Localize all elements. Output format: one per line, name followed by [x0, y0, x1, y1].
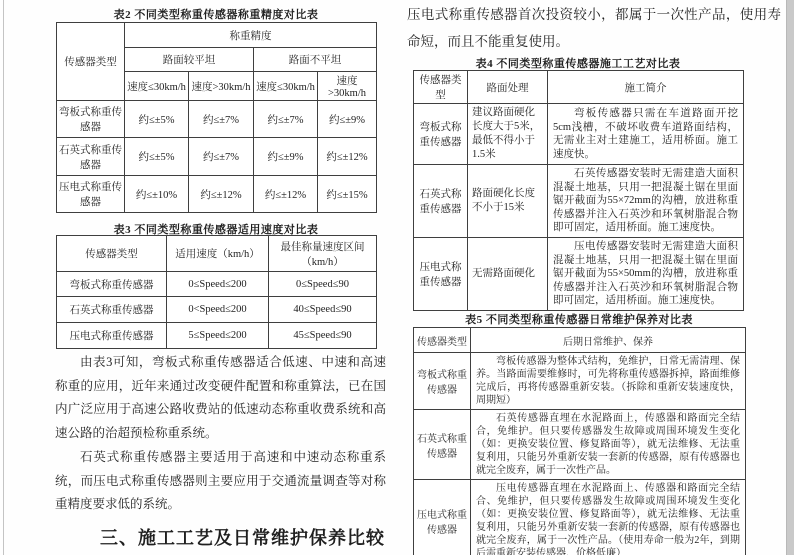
sensor-type-cell: 石英式称重传感器: [57, 297, 167, 323]
header-sensor-type: 传感器类型: [57, 236, 167, 272]
road-treatment-cell: 路面硬化长度不小于15米: [468, 165, 548, 238]
accuracy-cell: 约≤±9%: [254, 138, 318, 176]
sensor-type-cell: 石英式称重传感器: [57, 138, 125, 176]
scan-edge-right: [786, 0, 794, 555]
road-treatment-cell: 建议路面硬化长度大于5米，最低不得小于1.5米: [468, 104, 548, 165]
table5-title: 表5 不同类型称重传感器日常维护保养对比表: [413, 311, 745, 327]
paragraph: 由表3可知，弯板式称重传感器适合低速、中速和高速称重的应用，近年来通过改变硬件配…: [55, 351, 386, 446]
sensor-type-cell: 石英式称重传感器: [414, 410, 471, 480]
sensor-type-cell: 弯板式称重传感器: [57, 272, 167, 297]
sensor-type-cell: 压电式称重传感器: [57, 176, 125, 213]
header-flat-road: 路面较平坦: [125, 48, 254, 72]
header-sensor-type: 传感器类型: [57, 23, 125, 101]
sensor-type-cell: 压电式称重传感器: [414, 480, 471, 555]
header-accuracy: 称重精度: [125, 23, 377, 48]
table-header-row: 传感器类型 后期日常维护、保养: [414, 328, 746, 353]
table-row: 石英式称重传感器 约≤±5% 约≤±7% 约≤±9% 约≤±12%: [57, 138, 377, 176]
speed-comparison-table: 传感器类型 适用速度（km/h） 最佳称量速度区间（km/h） 弯板式称重传感器…: [56, 235, 377, 349]
table-header-row: 传感器类型 称重精度: [57, 23, 377, 48]
maintenance-desc-cell: 弯板传感器为整体式结构，免维护，日常无需清理、保养。当路面需要维修时，可先将称重…: [471, 353, 746, 410]
accuracy-cell: 约≤±7%: [189, 138, 254, 176]
sensor-type-cell: 弯板式称重传感器: [414, 104, 468, 165]
table-row: 弯板式称重传感器 约≤±5% 约≤±7% 约≤±7% 约≤±9%: [57, 101, 377, 138]
header-speed-gt30: 速度>30km/h: [318, 72, 377, 101]
section-heading: 三、施工工艺及日常维护保养比较: [100, 524, 385, 550]
table-row: 弯板式称重传感器 弯板传感器为整体式结构，免维护，日常无需清理、保养。当路面需要…: [414, 353, 746, 410]
accuracy-cell: 约≤±15%: [318, 176, 377, 213]
table-row: 石英式称重传感器 石英传感器直埋在水泥路面上，传感器和路面完全结合，免维护。但只…: [414, 410, 746, 480]
header-speed-le30: 速度≤30km/h: [125, 72, 189, 101]
scanned-document-page: 表2 不同类型称重传感器称重精度对比表 传感器类型 称重精度 路面较平坦 路面不…: [0, 0, 794, 555]
accuracy-comparison-table: 传感器类型 称重精度 路面较平坦 路面不平坦 速度≤30km/h 速度>30km…: [56, 22, 377, 213]
sensor-type-cell: 石英式称重传感器: [414, 165, 468, 238]
best-speed-cell: 0≤Speed≤90: [269, 272, 377, 297]
paragraph: 石英式称重传感器主要适用于高速和中速动态称重系统，而压电式称重传感器则主要应用于…: [55, 446, 386, 517]
construction-process-table: 传感器类型 路面处理 施工简介 弯板式称重传感器 建议路面硬化长度大于5米，最低…: [413, 70, 744, 311]
header-sensor-type: 传感器类型: [414, 328, 471, 353]
accuracy-cell: 约≤±7%: [254, 101, 318, 138]
accuracy-cell: 约≤±9%: [318, 101, 377, 138]
table-header-row: 传感器类型 适用速度（km/h） 最佳称量速度区间（km/h）: [57, 236, 377, 272]
header-road-treatment: 路面处理: [468, 71, 548, 104]
table-row: 石英式称重传感器 路面硬化长度不小于15米 石英传感器安装时无需建造大面积混凝土…: [414, 165, 744, 238]
best-speed-cell: 40≤Speed≤90: [269, 297, 377, 323]
accuracy-cell: 约≤±5%: [125, 101, 189, 138]
construction-desc-cell: 弯板传感器只需在车道路面开挖5cm浅槽，不破坏收费车道路面结构，无需业主对土建施…: [548, 104, 744, 165]
table-row: 弯板式称重传感器 建议路面硬化长度大于5米，最低不得小于1.5米 弯板传感器只需…: [414, 104, 744, 165]
maintenance-desc-cell: 石英传感器直埋在水泥路面上，传感器和路面完全结合，免维护。但只要传感器发生故障或…: [471, 410, 746, 480]
table-row: 弯板式称重传感器 0≤Speed≤200 0≤Speed≤90: [57, 272, 377, 297]
maintenance-comparison-table: 传感器类型 后期日常维护、保养 弯板式称重传感器 弯板传感器为整体式结构，免维护…: [413, 327, 746, 555]
speed-cell: 0≤Speed≤200: [167, 272, 269, 297]
header-speed-le30: 速度≤30km/h: [254, 72, 318, 101]
speed-cell: 5≤Speed≤200: [167, 323, 269, 349]
header-sensor-type: 传感器类型: [414, 71, 468, 104]
construction-desc-cell: 压电传感器安装时无需建造大面积混凝土地基，只用一把混凝土锯在里面锯开截面为55×…: [548, 238, 744, 311]
table-row: 压电式称重传感器 无需路面硬化 压电传感器安装时无需建造大面积混凝土地基，只用一…: [414, 238, 744, 311]
accuracy-cell: 约≤±10%: [125, 176, 189, 213]
table-row: 石英式称重传感器 0<Speed≤200 40≤Speed≤90: [57, 297, 377, 323]
best-speed-cell: 45≤Speed≤90: [269, 323, 377, 349]
header-construction-brief: 施工简介: [548, 71, 744, 104]
header-maintenance: 后期日常维护、保养: [471, 328, 746, 353]
scan-edge-left: [3, 0, 4, 555]
header-speed-gt30: 速度>30km/h: [189, 72, 254, 101]
sensor-type-cell: 弯板式称重传感器: [414, 353, 471, 410]
speed-cell: 0<Speed≤200: [167, 297, 269, 323]
sensor-type-cell: 压电式称重传感器: [57, 323, 167, 349]
road-treatment-cell: 无需路面硬化: [468, 238, 548, 311]
table2-title: 表2 不同类型称重传感器称重精度对比表: [55, 6, 377, 22]
accuracy-cell: 约≤±12%: [189, 176, 254, 213]
maintenance-desc-cell: 压电传感器直埋在水泥路面上、传感器和路面完全结合、免维护，但只要传感器发生故障或…: [471, 480, 746, 555]
table-row: 压电式称重传感器 压电传感器直埋在水泥路面上、传感器和路面完全结合、免维护，但只…: [414, 480, 746, 555]
accuracy-cell: 约≤±12%: [318, 138, 377, 176]
right-intro-paragraph: 压电式称重传感器首次投资较小，都属于一次性产品，使用寿命短，而且不能重复使用。: [407, 1, 781, 55]
sensor-type-cell: 弯板式称重传感器: [57, 101, 125, 138]
table-row: 压电式称重传感器 5≤Speed≤200 45≤Speed≤90: [57, 323, 377, 349]
header-uneven-road: 路面不平坦: [254, 48, 377, 72]
table-header-row: 传感器类型 路面处理 施工简介: [414, 71, 744, 104]
accuracy-cell: 约≤±12%: [254, 176, 318, 213]
sensor-type-cell: 压电式称重传感器: [414, 238, 468, 311]
accuracy-cell: 约≤±5%: [125, 138, 189, 176]
table4-title: 表4 不同类型称重传感器施工工艺对比表: [413, 55, 743, 71]
table-row: 压电式称重传感器 约≤±10% 约≤±12% 约≤±12% 约≤±15%: [57, 176, 377, 213]
header-best-speed-range: 最佳称量速度区间（km/h）: [269, 236, 377, 272]
body-paragraphs: 由表3可知，弯板式称重传感器适合低速、中速和高速称重的应用，近年来通过改变硬件配…: [55, 351, 386, 517]
header-applicable-speed: 适用速度（km/h）: [167, 236, 269, 272]
construction-desc-cell: 石英传感器安装时无需建造大面积混凝土地基，只用一把混凝土锯在里面锯开截面为55×…: [548, 165, 744, 238]
accuracy-cell: 约≤±7%: [189, 101, 254, 138]
